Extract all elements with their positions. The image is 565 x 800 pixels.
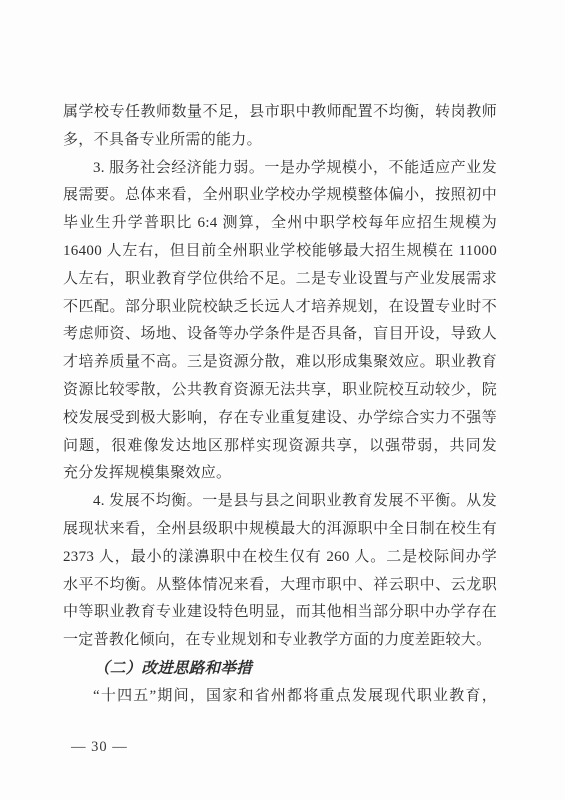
text-line: 不匹配。部分职业院校缺乏长远人才培养规划，在设置专业时不 bbox=[63, 294, 497, 322]
section-heading: （二）改进思路和举措 bbox=[63, 655, 497, 683]
text-line: 考虑师资、场地、设备等办学条件是否具备，盲目开设，导致人 bbox=[63, 321, 497, 349]
text-line: 2373 人，最小的漾濞职中在校生仅有 260 人。二是校际间办学 bbox=[63, 544, 497, 572]
text-line: 校发展受到极大影响，存在专业重复建设、办学综合实力不强等 bbox=[63, 405, 497, 433]
text-line: 资源比较零散，公共教育资源无法共享，职业院校互动较少，院 bbox=[63, 377, 497, 405]
text-line: 展现状来看，全州县级职中规模最大的洱源职中全日制在校生有 bbox=[63, 516, 497, 544]
text-line: 才培养质量不高。三是资源分散，难以形成集聚效应。职业教育 bbox=[63, 349, 497, 377]
text-line: 毕业生升学普职比 6:4 测算，全州中职学校每年应招生规模为 bbox=[63, 210, 497, 238]
text-line: 属学校专任教师数量不足，县市职中教师配置不均衡，转岗教师 bbox=[63, 99, 497, 127]
text-line: 多，不具备专业所需的能力。 bbox=[63, 127, 497, 155]
text-line: 人左右，职业教育学位供给不足。二是专业设置与产业发展需求 bbox=[63, 266, 497, 294]
text-line: 水平不均衡。从整体情况来看，大理市职中、祥云职中、云龙职 bbox=[63, 572, 497, 600]
text-line: 展需要。总体来看，全州职业学校办学规模整体偏小，按照初中 bbox=[63, 182, 497, 210]
text-line: 问题，很难像发达地区那样实现资源共享，以强带弱，共同发展， bbox=[63, 433, 497, 461]
text-line: 一定普教化倾向，在专业规划和专业教学方面的力度差距较大。 bbox=[63, 627, 497, 655]
document-page: 属学校专任教师数量不足，县市职中教师配置不均衡，转岗教师 多，不具备专业所需的能… bbox=[0, 0, 565, 800]
page-number: — 30 — bbox=[71, 737, 128, 757]
body-text-block: 属学校专任教师数量不足，县市职中教师配置不均衡，转岗教师 多，不具备专业所需的能… bbox=[63, 99, 497, 711]
text-line: 4. 发展不均衡。一是县与县之间职业教育发展不平衡。从发 bbox=[63, 488, 497, 516]
text-line: 中等职业教育专业建设特色明显，而其他相当部分职中办学存在 bbox=[63, 599, 497, 627]
text-line: 3. 服务社会经济能力弱。一是办学规模小，不能适应产业发 bbox=[63, 155, 497, 183]
text-line: 充分发挥规模集聚效应。 bbox=[63, 460, 497, 488]
text-line: 16400 人左右，但目前全州职业学校能够最大招生规模在 11000 bbox=[63, 238, 497, 266]
text-line: “十四五”期间，国家和省州都将重点发展现代职业教育， bbox=[63, 683, 497, 711]
